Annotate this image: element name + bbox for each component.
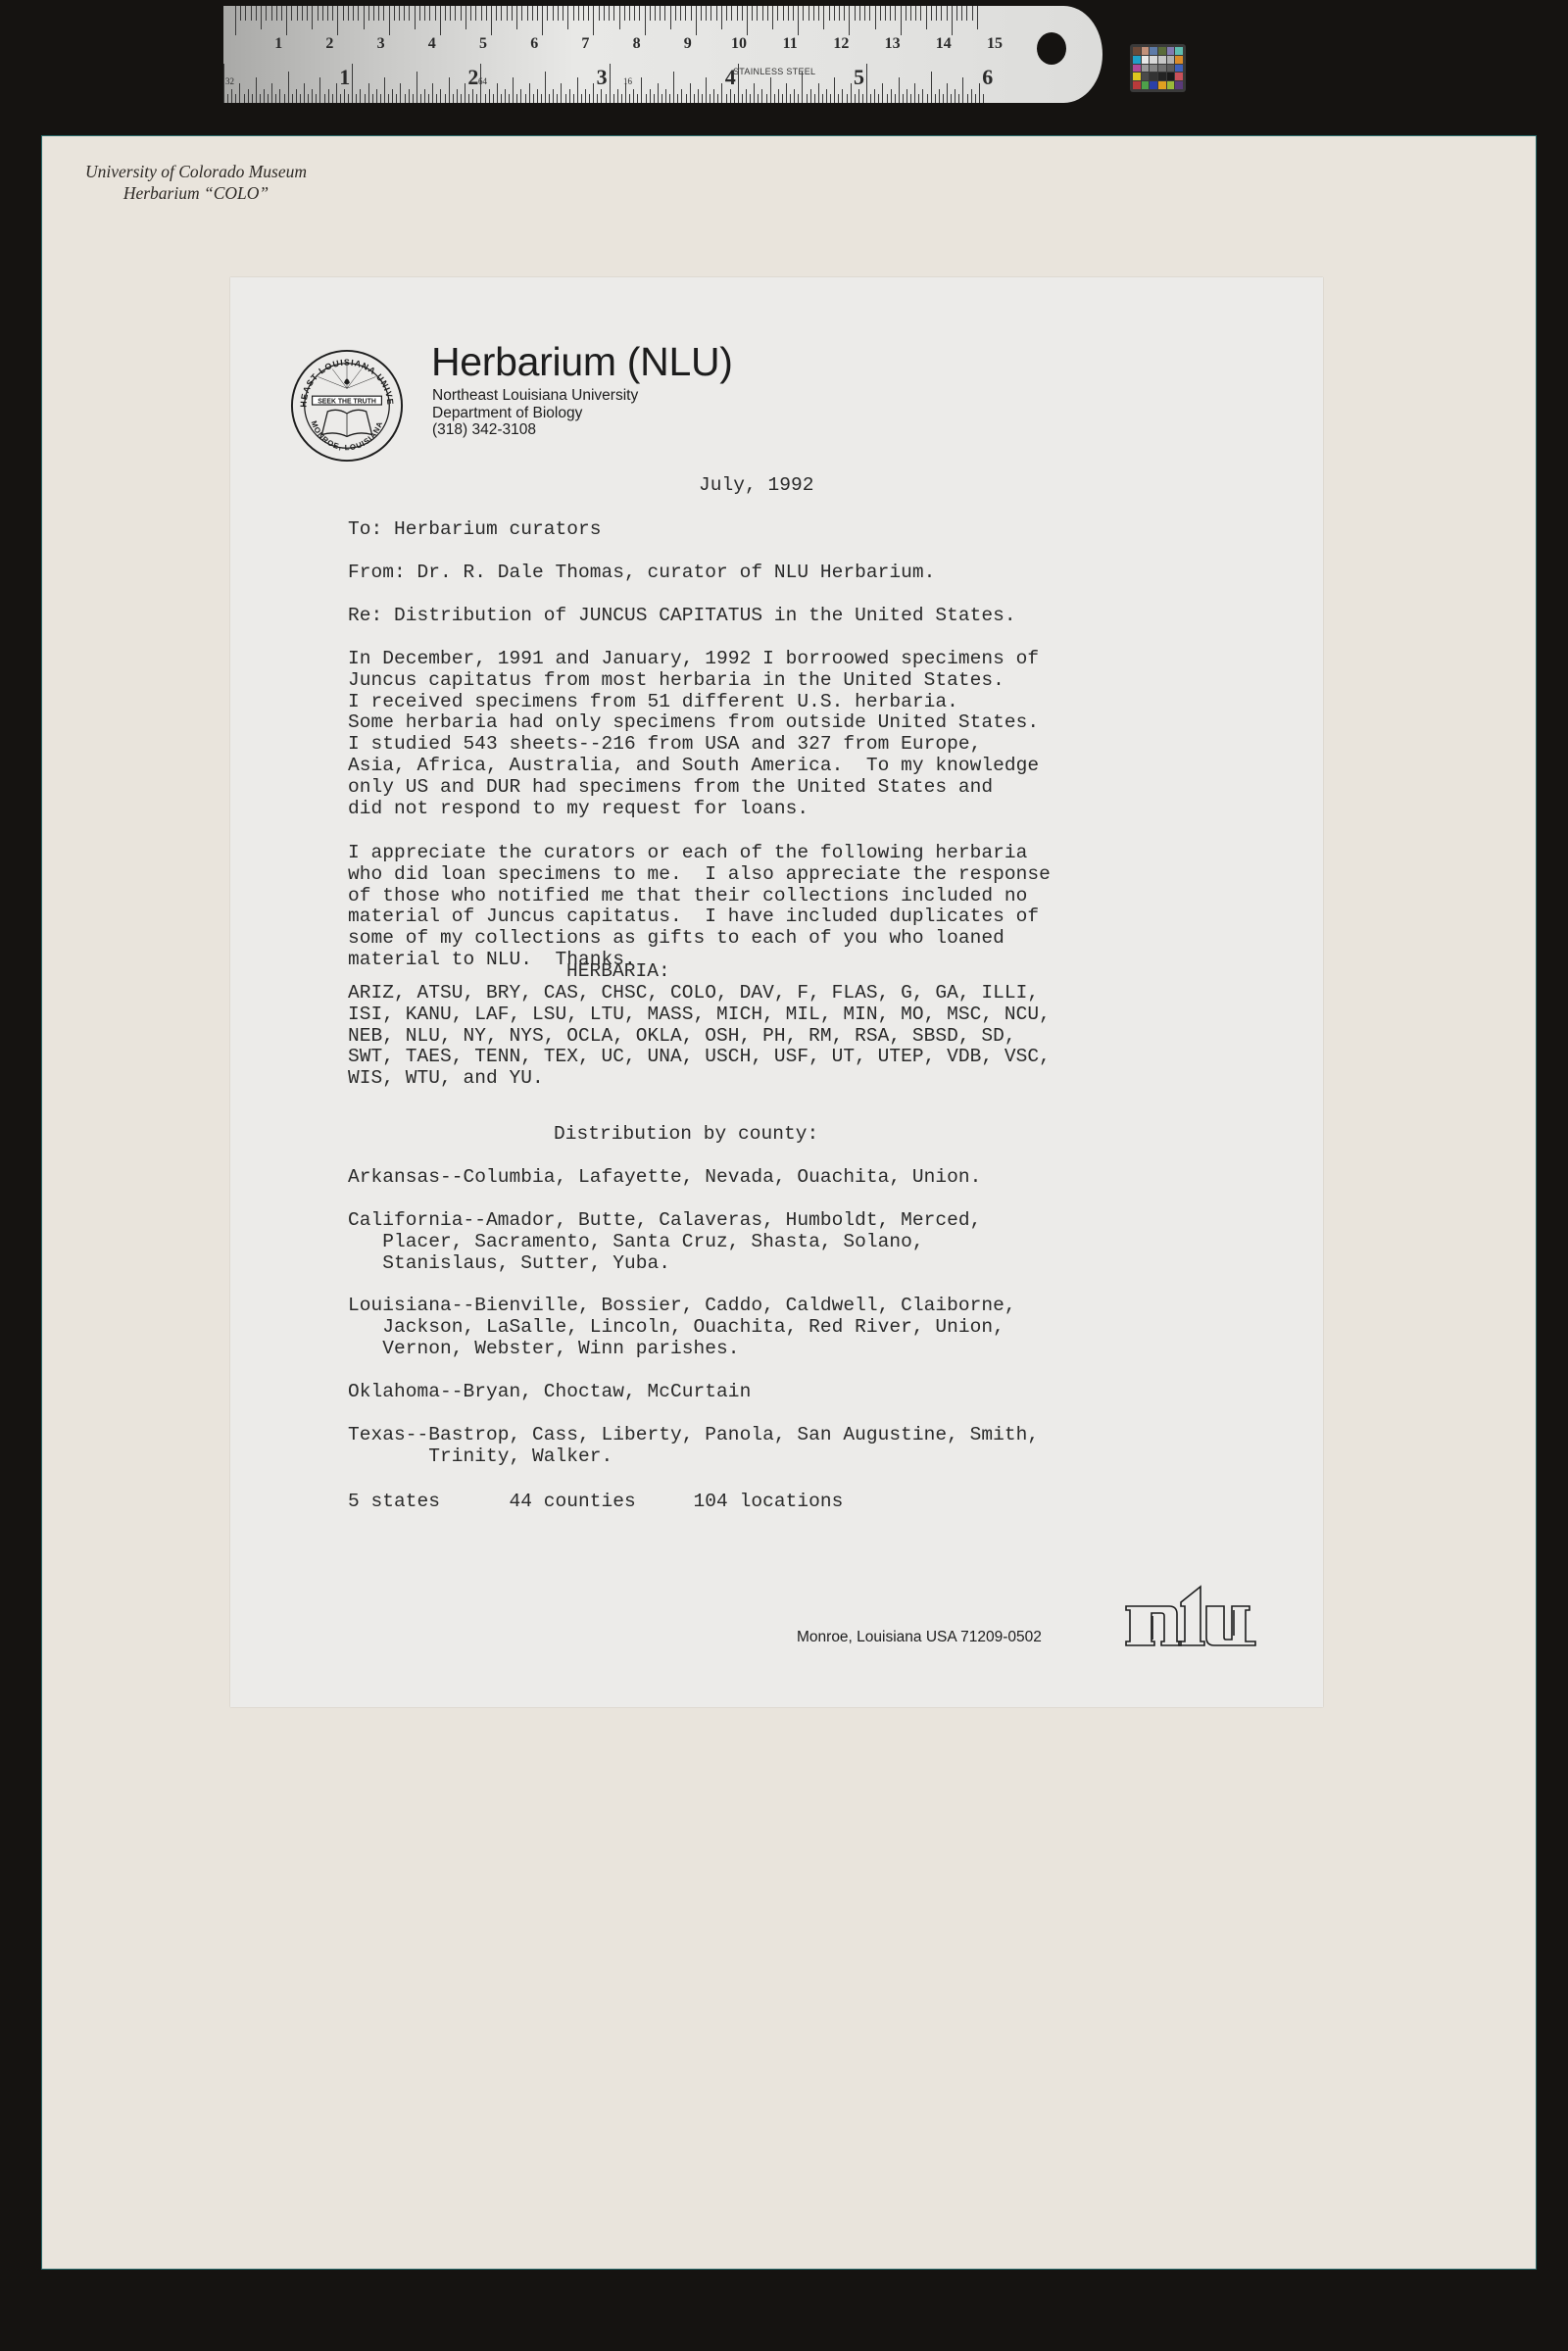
ruler-tick <box>903 94 904 103</box>
ruler-tick <box>529 83 530 103</box>
ruler-tick <box>890 6 891 21</box>
ruler-tick <box>726 94 727 103</box>
ruler-tick <box>977 6 978 29</box>
ruler-cm-label: 14 <box>936 35 952 53</box>
ruler-tick <box>691 6 692 21</box>
color-swatch <box>1133 81 1141 89</box>
ruler-tick <box>922 89 923 103</box>
ruler-tick <box>895 6 896 21</box>
ruler-tick <box>337 6 338 35</box>
ruler-tick <box>565 94 566 103</box>
color-swatch <box>1150 81 1157 89</box>
ruler-tick <box>906 6 906 21</box>
ruler-tick <box>286 6 287 35</box>
ruler-tick <box>874 89 875 103</box>
ruler-tick <box>312 89 313 103</box>
ruler-tick <box>533 94 534 103</box>
ruler-tick <box>268 94 269 103</box>
paragraph-line: some of my collections as gifts to each … <box>348 927 1004 949</box>
ruler-tick <box>368 6 369 21</box>
ruler-tick <box>967 94 968 103</box>
ruler-tick <box>392 89 393 103</box>
ruler-tick <box>807 94 808 103</box>
ruler-tick <box>972 6 973 21</box>
ruler-tick <box>271 83 272 103</box>
color-swatch <box>1158 73 1166 80</box>
color-swatch <box>1158 56 1166 64</box>
ruler-tick <box>316 94 317 103</box>
ruler-tick <box>394 6 395 21</box>
ruler-tick <box>706 77 707 103</box>
ruler-tick <box>782 94 783 103</box>
ruler-tick <box>223 64 224 103</box>
ruler-tick <box>332 94 333 103</box>
ruler-tick <box>669 94 670 103</box>
ruler-tick <box>637 94 638 103</box>
ruler-tick <box>947 83 948 103</box>
paragraph-line: only US and DUR had specimens from the U… <box>348 776 993 798</box>
ruler-tick <box>368 83 369 103</box>
ruler-tick <box>497 83 498 103</box>
ruler-tick <box>588 6 589 21</box>
ruler-tick <box>878 94 879 103</box>
letter-date: July, 1992 <box>699 474 814 496</box>
ruler-tick <box>324 94 325 103</box>
ruler-tick <box>834 6 835 21</box>
ruler-tick <box>855 6 856 21</box>
state-entry-line: Arkansas--Columbia, Lafayette, Nevada, O… <box>348 1166 981 1188</box>
ruler-tick <box>823 6 824 29</box>
ruler-tick <box>951 94 952 103</box>
ruler-tick <box>388 94 389 103</box>
herbaria-line: ARIZ, ATSU, BRY, CAS, CHSC, COLO, DAV, F… <box>348 982 1039 1004</box>
ruler-tick <box>512 6 513 21</box>
ruler-tick <box>713 89 714 103</box>
ruler-tick <box>730 89 731 103</box>
ruler-tick <box>261 6 262 29</box>
state-entry-line: Stanislaus, Sutter, Yuba. <box>348 1252 670 1274</box>
ruler-tick <box>476 94 477 103</box>
ruler-tick <box>291 6 292 21</box>
ruler-tick <box>251 6 252 21</box>
ruler-inch-label: 6 <box>982 65 993 90</box>
ruler-tick <box>758 94 759 103</box>
ruler-tick <box>527 6 528 21</box>
ruler-tick <box>664 6 665 21</box>
ruler-tick <box>307 6 308 21</box>
ruler-tick <box>378 6 379 21</box>
ruler-tick <box>461 94 462 103</box>
ruler-tick <box>399 6 400 21</box>
ruler-tick <box>931 6 932 21</box>
ruler-tick <box>685 6 686 21</box>
ruler-tick <box>384 77 385 103</box>
ruler-tick <box>486 6 487 21</box>
color-swatch <box>1133 56 1141 64</box>
ruler-tick <box>680 6 681 21</box>
ruler-brand: STAINLESS STEEL <box>733 67 815 76</box>
color-swatch <box>1167 65 1175 73</box>
ruler-tick <box>475 6 476 21</box>
ruler-tick <box>803 6 804 21</box>
ruler-cm-label: 4 <box>428 35 436 53</box>
ruler-tick <box>661 94 662 103</box>
state-entry-line: Jackson, LaSalle, Lincoln, Ouachita, Red… <box>348 1316 1004 1338</box>
ruler-tick <box>822 94 823 103</box>
ruler-tick <box>389 6 390 35</box>
ruler-inch-label: 2 <box>467 65 478 90</box>
letter-footer-address: Monroe, Louisiana USA 71209-0502 <box>797 1629 1042 1646</box>
ruler-tick <box>308 94 309 103</box>
color-swatch <box>1175 47 1183 55</box>
ruler-tick <box>710 6 711 21</box>
ruler-tick <box>297 6 298 21</box>
ruler-tick <box>966 6 967 21</box>
ruler-tick <box>327 6 328 21</box>
ruler-tick <box>639 6 640 21</box>
ruler-tick <box>783 6 784 21</box>
ruler-tick <box>901 6 902 35</box>
ruler-tick <box>553 89 554 103</box>
ruler-tick <box>405 94 406 103</box>
ruler-inch-label: 1 <box>339 65 350 90</box>
measurement-ruler: STAINLESS STEEL 123456789101112131415123… <box>223 6 1102 103</box>
ruler-tick <box>887 94 888 103</box>
ruler-tick <box>918 94 919 103</box>
ruler-cm-label: 11 <box>783 35 798 53</box>
ruler-tick <box>788 6 789 21</box>
herbaria-line: SWT, TAES, TENN, TEX, UC, UNA, USCH, USF… <box>348 1046 1051 1067</box>
paragraph-line: did not respond to my request for loans. <box>348 798 808 819</box>
ruler-cm-label: 8 <box>633 35 641 53</box>
ruler-cm-label: 13 <box>885 35 901 53</box>
paragraph-line: who did loan specimens to me. I also app… <box>348 863 1051 885</box>
ruler-tick <box>634 6 635 21</box>
ruler-tick <box>698 89 699 103</box>
ruler-tick <box>501 6 502 21</box>
ruler-cm-label: 10 <box>731 35 747 53</box>
ruler-tick <box>485 94 486 103</box>
ruler-tick <box>619 6 620 29</box>
ruler-tick <box>468 94 469 103</box>
ruler-tick <box>284 94 285 103</box>
ruler-tick <box>875 6 876 29</box>
ruler-tick <box>455 6 456 21</box>
ruler-tick <box>227 94 228 103</box>
color-swatch <box>1167 81 1175 89</box>
ruler-tick <box>481 6 482 21</box>
ruler-tick <box>962 77 963 103</box>
distribution-heading: Distribution by county: <box>554 1123 818 1145</box>
ruler-tick <box>814 94 815 103</box>
ruler-tick <box>716 6 717 21</box>
color-swatch <box>1133 65 1141 73</box>
ruler-tick <box>838 94 839 103</box>
ruler-tick <box>701 6 702 21</box>
ruler-tick <box>465 6 466 29</box>
ruler-tick <box>798 6 799 35</box>
ruler-tick <box>563 6 563 21</box>
ruler-tick <box>762 6 763 21</box>
color-swatch <box>1167 73 1175 80</box>
ruler-tick <box>891 89 892 103</box>
ruler-tick <box>961 6 962 21</box>
ruler-tick <box>866 64 867 103</box>
ruler-cm-label: 2 <box>325 35 333 53</box>
ruler-tick <box>319 77 320 103</box>
ruler-tick <box>774 94 775 103</box>
ruler-tick <box>383 6 384 21</box>
ruler-tick <box>409 6 410 21</box>
ruler-tick <box>276 6 277 21</box>
ruler-tick <box>813 6 814 21</box>
ruler-tick <box>457 89 458 103</box>
ruler-tick <box>491 6 492 35</box>
ruler-tick <box>710 94 710 103</box>
ruler-tick <box>742 94 743 103</box>
ruler-tick <box>952 6 953 35</box>
ruler-tick <box>593 83 594 103</box>
herbaria-line: ISI, KANU, LAF, LSU, LTU, MASS, MICH, MI… <box>348 1004 1051 1025</box>
ruler-tick <box>983 94 984 103</box>
ruler-tick <box>231 89 232 103</box>
ruler-tick <box>348 94 349 103</box>
ruler-tick <box>936 6 937 21</box>
ruler-tick <box>516 94 517 103</box>
ruler-tick <box>621 94 622 103</box>
ruler-tick <box>794 89 795 103</box>
ruler-tick <box>549 94 550 103</box>
ruler-tick <box>658 83 659 103</box>
ruler-tick <box>830 94 831 103</box>
herbaria-line: WIS, WTU, and YU. <box>348 1067 544 1089</box>
ruler-tick <box>292 94 293 103</box>
ruler-tick <box>302 6 303 21</box>
ruler-tick <box>829 6 830 21</box>
ruler-tick <box>304 83 305 103</box>
ruler-tick <box>373 6 374 21</box>
color-swatch <box>1142 73 1150 80</box>
ruler-tick <box>318 6 318 21</box>
ruler-tick <box>737 6 738 21</box>
ruler-tick <box>558 6 559 21</box>
ruler-tick <box>721 83 722 103</box>
ruler-tick <box>633 89 634 103</box>
ruler-tick <box>880 6 881 21</box>
ruler-tick <box>645 6 646 35</box>
ruler-tick <box>646 94 647 103</box>
ruler-tick <box>599 6 600 21</box>
ruler-tick <box>941 6 942 21</box>
ruler-scale-label: 64 <box>478 76 487 86</box>
paragraph-line: Asia, Africa, Australia, and South Ameri… <box>348 755 1039 776</box>
ruler-tick <box>509 94 510 103</box>
ruler-tick <box>470 6 471 21</box>
ruler-tick <box>915 6 916 21</box>
ruler-tick <box>547 6 548 21</box>
color-swatch <box>1175 81 1183 89</box>
ruler-tick <box>553 6 554 21</box>
ruler-scale-label: 32 <box>225 76 234 86</box>
ruler-tick <box>328 89 329 103</box>
ruler-tick <box>416 72 417 103</box>
color-swatch <box>1133 47 1141 55</box>
ruler-tick <box>855 94 856 103</box>
ruler-tick <box>808 6 809 21</box>
ruler-cm-label: 5 <box>479 35 487 53</box>
ruler-tick <box>660 6 661 21</box>
state-entry-line: Placer, Sacramento, Santa Cruz, Shasta, … <box>348 1231 924 1252</box>
ruler-tick <box>578 6 579 21</box>
ruler-tick <box>939 89 940 103</box>
ruler-tick <box>352 64 353 103</box>
color-swatch <box>1142 81 1150 89</box>
ruler-tick <box>264 89 265 103</box>
herbaria-heading: HERBARIA: <box>566 960 670 982</box>
ruler-tick <box>975 94 976 103</box>
ruler-tick <box>702 94 703 103</box>
ruler-tick <box>910 94 911 103</box>
ruler-tick <box>245 6 246 21</box>
ruler-tick <box>344 89 345 103</box>
color-swatch <box>1133 73 1141 80</box>
ruler-tick <box>885 6 886 21</box>
ruler-tick <box>520 89 521 103</box>
ruler-tick <box>609 6 610 21</box>
ruler-tick <box>606 94 607 103</box>
ruler-tick <box>770 77 771 103</box>
color-swatch <box>1175 65 1183 73</box>
ruler-tick <box>864 6 865 21</box>
ruler-tick <box>567 6 568 29</box>
museum-label-line1: University of Colorado Museum <box>69 161 323 182</box>
paragraph-line: material of Juncus capitatus. I have inc… <box>348 906 1039 927</box>
ruler-tick <box>271 6 272 21</box>
ruler-tick <box>818 6 819 21</box>
ruler-tick <box>239 83 240 103</box>
letterhead-institution: Northeast Louisiana University <box>432 387 638 405</box>
ruler-tick <box>746 89 747 103</box>
ruler-tick <box>734 94 735 103</box>
state-entry-line: Vernon, Webster, Winn parishes. <box>348 1338 740 1359</box>
nlu-logo-icon <box>1122 1581 1264 1649</box>
ruler-tick <box>583 6 584 21</box>
paragraph-line: of those who notified me that their coll… <box>348 885 1027 906</box>
ruler-tick <box>235 94 236 103</box>
ruler-tick <box>322 6 323 21</box>
color-swatch <box>1150 65 1157 73</box>
ruler-tick <box>847 94 848 103</box>
color-swatch <box>1167 47 1175 55</box>
ruler-tick <box>793 6 794 21</box>
ruler-tick <box>935 94 936 103</box>
ruler-tick <box>424 6 425 21</box>
ruler-tick <box>920 6 921 21</box>
state-entry-line: California--Amador, Butte, Calaveras, Hu… <box>348 1209 981 1231</box>
ruler-tick <box>542 6 543 35</box>
ruler-tick <box>726 6 727 21</box>
state-entry-line: Louisiana--Bienville, Bossier, Caddo, Ca… <box>348 1295 1016 1316</box>
ruler-tick <box>300 94 301 103</box>
color-swatch <box>1158 81 1166 89</box>
ruler-tick <box>859 6 860 21</box>
ruler-tick <box>537 89 538 103</box>
ruler-tick <box>629 94 630 103</box>
ruler-tick <box>445 6 446 21</box>
ruler-tick <box>501 94 502 103</box>
ruler-tick <box>288 72 289 103</box>
ruler-tick <box>436 94 437 103</box>
ruler-tick <box>279 89 280 103</box>
ruler-tick <box>521 6 522 21</box>
letterhead-department: Department of Biology <box>432 405 638 422</box>
ruler-tick <box>597 94 598 103</box>
paragraph-line: I studied 543 sheets--216 from USA and 3… <box>348 733 981 755</box>
ruler-tick <box>440 6 441 35</box>
ruler-tick <box>834 77 835 103</box>
ruler-tick <box>513 77 514 103</box>
letter-from: From: Dr. R. Dale Thomas, curator of NLU… <box>348 562 935 583</box>
ruler-tick <box>943 94 944 103</box>
ruler-tick <box>673 72 674 103</box>
ruler-tick <box>404 6 405 21</box>
ruler-tick <box>541 94 542 103</box>
ruler-tick <box>516 6 517 29</box>
ruler-tick <box>927 94 928 103</box>
ruler-tick <box>641 77 642 103</box>
letterhead-phone: (318) 342-3108 <box>432 421 638 439</box>
ruler-tick <box>432 83 433 103</box>
ruler-tick <box>694 94 695 103</box>
ruler-tick <box>376 89 377 103</box>
ruler-tick <box>665 89 666 103</box>
ruler-cm-label: 6 <box>530 35 538 53</box>
color-swatch <box>1158 65 1166 73</box>
ruler-tick <box>690 83 691 103</box>
ruler-tick <box>910 6 911 21</box>
ruler-tick <box>742 6 743 21</box>
ruler-tick <box>818 83 819 103</box>
ruler-tick <box>777 6 778 21</box>
ruler-tick <box>624 6 625 21</box>
ruler-tick <box>360 89 361 103</box>
ruler-tick <box>450 6 451 21</box>
ruler-tick <box>266 6 267 21</box>
paragraph-line: I appreciate the curators or each of the… <box>348 842 1027 863</box>
ruler-tick <box>844 6 845 21</box>
ruler-tick <box>581 94 582 103</box>
distribution-totals: 5 states 44 counties 104 locations <box>348 1491 843 1512</box>
ruler-tick <box>778 89 779 103</box>
state-entry-line: Oklahoma--Bryan, Choctaw, McCurtain <box>348 1381 751 1402</box>
color-swatch <box>1150 47 1157 55</box>
ruler-tick <box>613 94 614 103</box>
letter-to: To: Herbarium curators <box>348 518 602 540</box>
ruler-tick <box>240 6 241 21</box>
ruler-tick <box>415 6 416 29</box>
ruler-tick <box>537 6 538 21</box>
ruler-tick <box>677 94 678 103</box>
ruler-tick <box>380 94 381 103</box>
ruler-tick <box>532 6 533 21</box>
ruler-inch-label: 5 <box>854 65 864 90</box>
ruler-tick <box>613 6 614 21</box>
paragraph-line: Juncus capitatus from most herbaria in t… <box>348 669 1004 691</box>
museum-label-line2: Herbarium “COLO” <box>69 182 323 204</box>
ruler-tick <box>465 83 465 103</box>
ruler-tick <box>419 6 420 21</box>
ruler-tick <box>851 83 852 103</box>
